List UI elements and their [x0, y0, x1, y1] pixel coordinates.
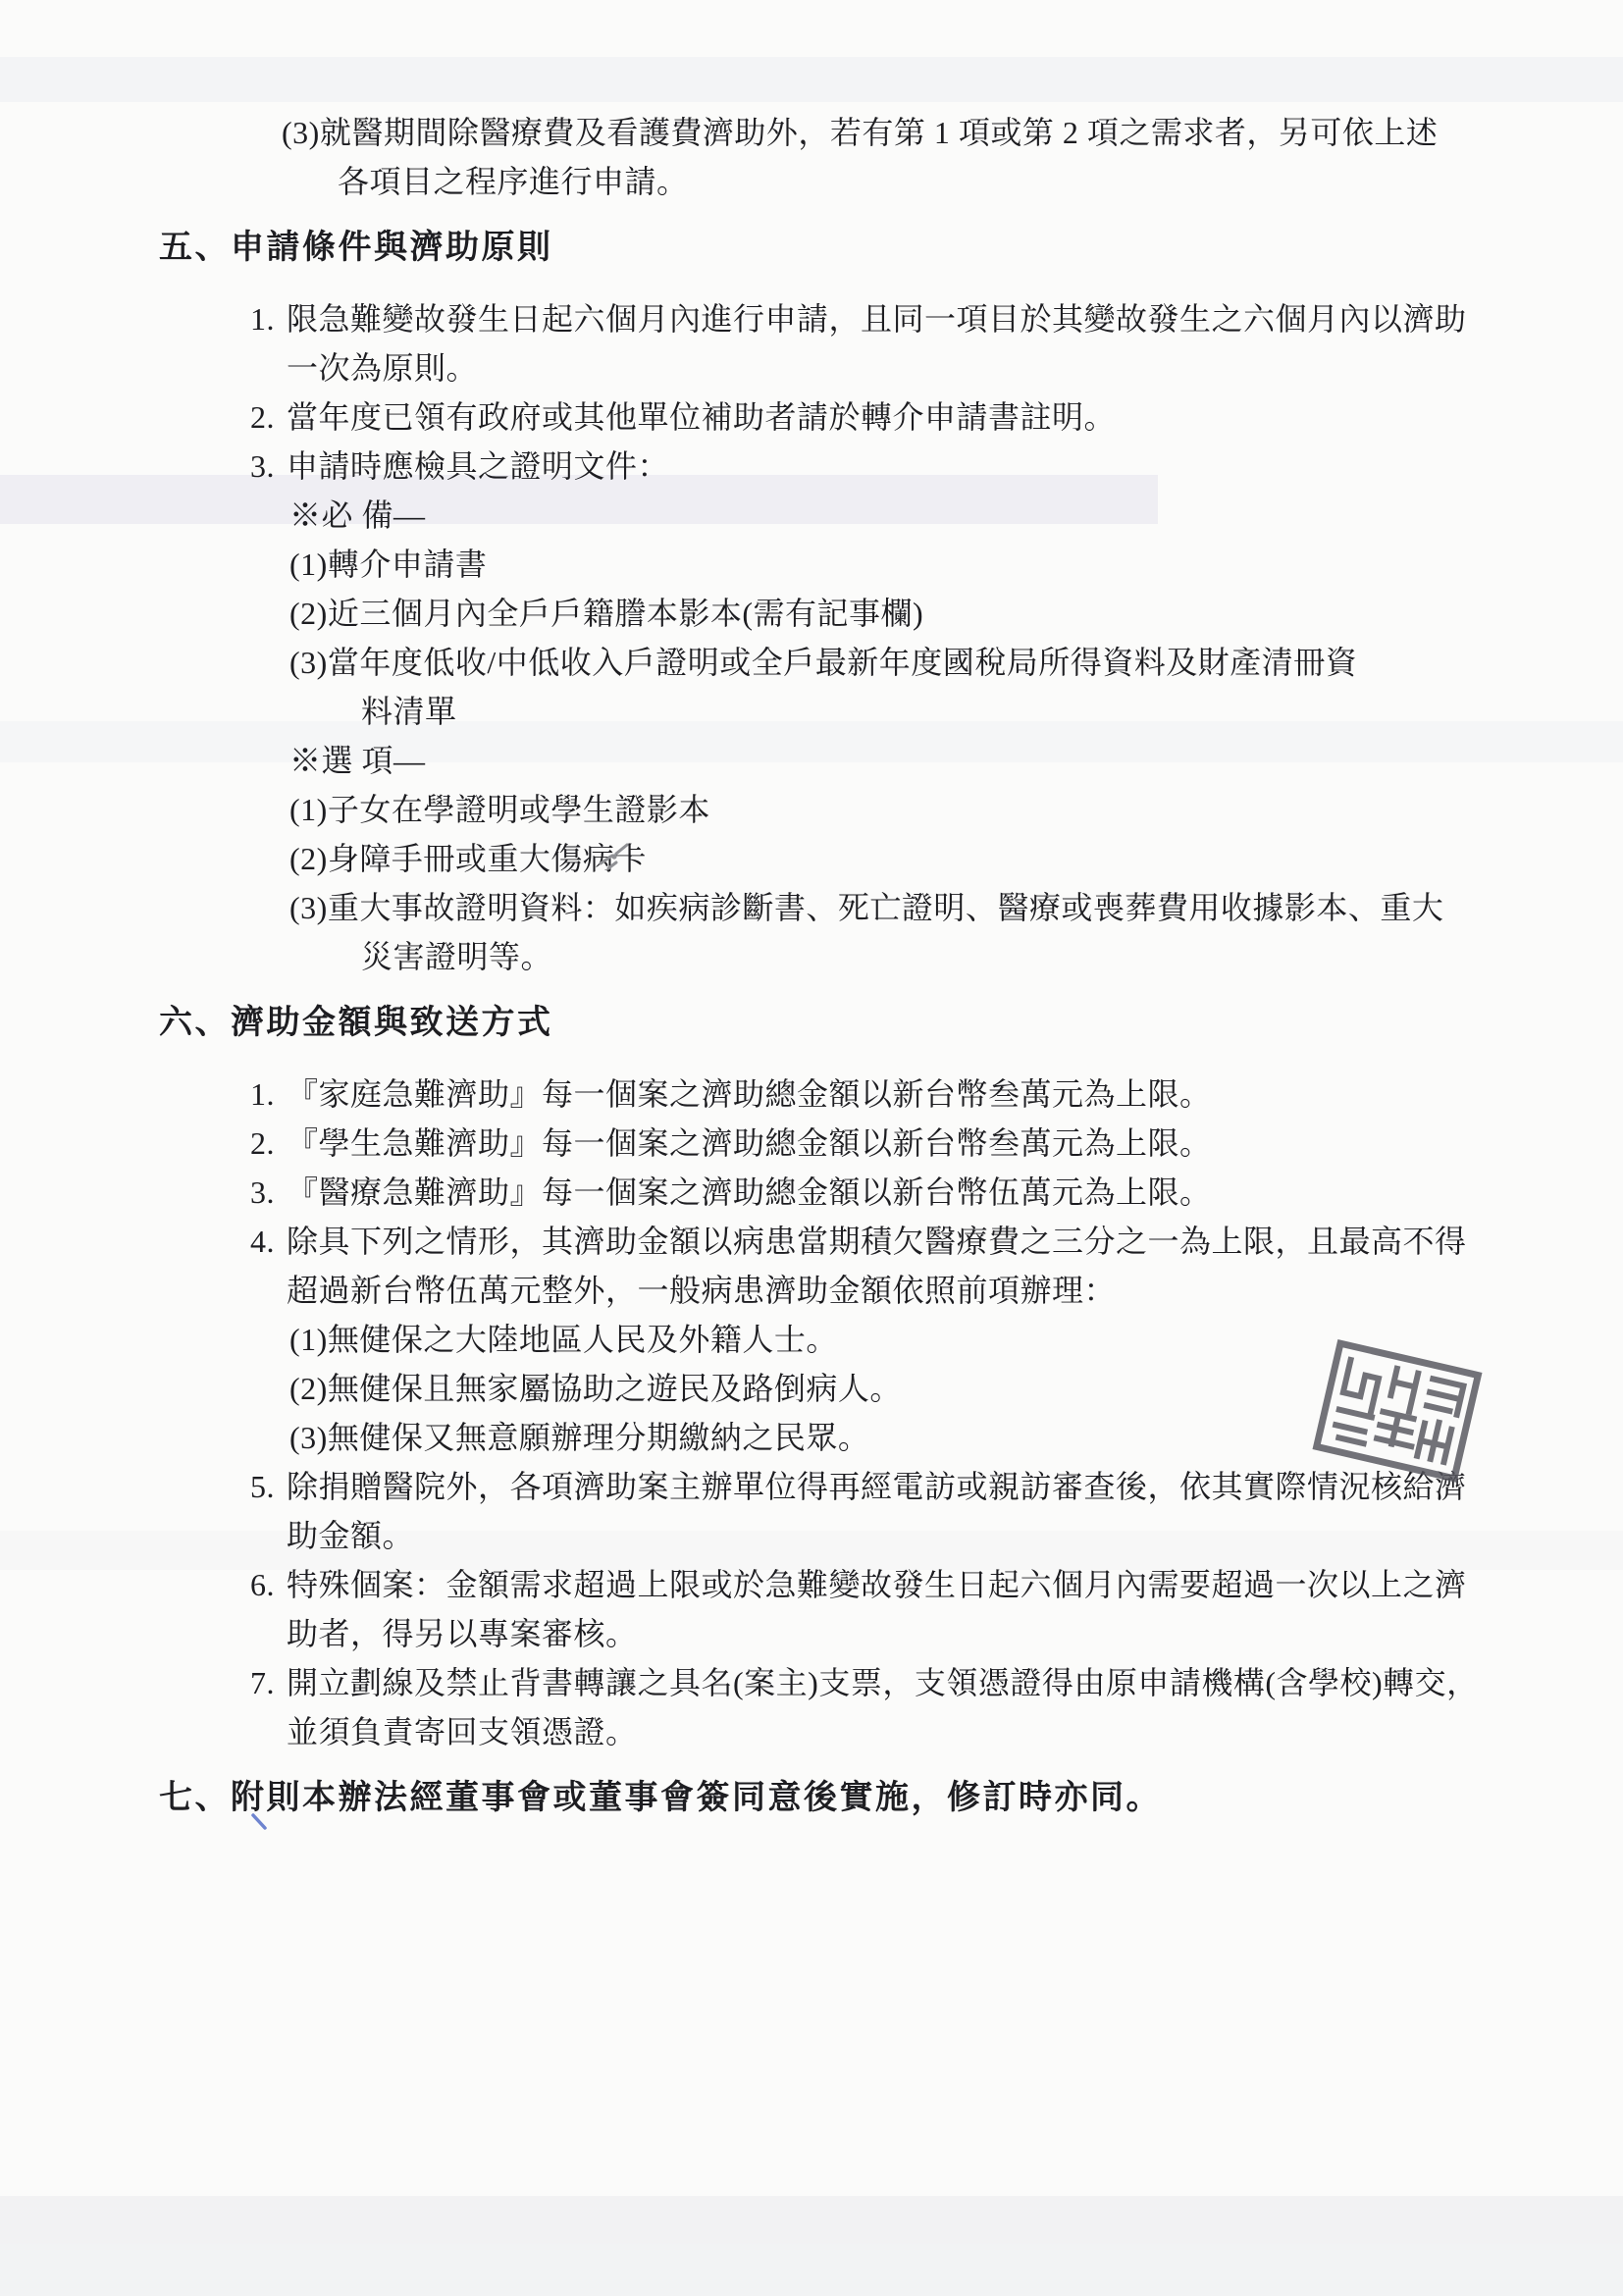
line-text: 『家庭急難濟助』每一個案之濟助總金額以新台幣叁萬元為上限。 — [287, 1076, 1212, 1112]
text-line: (3)無健保又無意願辦理分期繳納之民眾。 — [289, 1413, 1623, 1462]
line-text: 各項目之程序進行申請。 — [338, 164, 689, 199]
line-text: 申請條件與濟助原則 — [231, 230, 553, 266]
line-text: 就醫期間除醫療費及看護費濟助外，若有第 1 項或第 2 項之需求者，另可依上述 — [320, 115, 1439, 150]
text-line: (1)轉介申請書 — [289, 540, 1623, 589]
text-line: 助者，得另以專案審核。 — [287, 1609, 1623, 1658]
line-text: 附則本辦法經董事會或董事會簽同意後實施，修訂時亦同。 — [231, 1780, 1162, 1816]
line-marker: 3. — [250, 1168, 275, 1217]
text-line: 一次為原則。 — [287, 343, 1623, 392]
line-marker: (1) — [289, 540, 328, 589]
line-text: 除具下列之情形，其濟助金額以病患當期積欠醫療費之三分之一為上限，且最高不得 — [287, 1224, 1467, 1259]
text-line: ※選 項— — [289, 736, 1623, 785]
line-text: 助者，得另以專案審核。 — [287, 1616, 638, 1651]
text-line: 並須負責寄回支領憑證。 — [287, 1707, 1623, 1756]
line-text: 申請時應檢具之證明文件： — [287, 448, 669, 484]
text-line: 2.當年度已領有政府或其他單位補助者請於轉介申請書註明。 — [250, 392, 1623, 442]
line-marker: 4. — [250, 1217, 275, 1266]
line-text: 子女在學證明或學生證影本 — [328, 792, 710, 827]
line-text: 特殊個案：金額需求超過上限或於急難變故發生日起六個月內需要超過一次以上之濟 — [287, 1567, 1467, 1602]
line-text: 『醫療急難濟助』每一個案之濟助總金額以新台幣伍萬元為上限。 — [287, 1174, 1212, 1210]
line-text: 濟助金額與致送方式 — [231, 1005, 553, 1041]
line-marker: 2. — [250, 392, 275, 442]
text-line: ※必 備— — [289, 491, 1623, 540]
line-text: 一次為原則。 — [287, 350, 478, 386]
line-text: 限急難變故發生日起六個月內進行申請，且同一項目於其變故發生之六個月內以濟助 — [287, 301, 1467, 337]
line-marker: (2) — [289, 834, 328, 883]
line-marker: (2) — [289, 1364, 328, 1413]
text-line: 4.除具下列之情形，其濟助金額以病患當期積欠醫療費之三分之一為上限，且最高不得 — [250, 1217, 1623, 1266]
line-marker: 6. — [250, 1560, 275, 1609]
text-line: 超過新台幣伍萬元整外，一般病患濟助金額依照前項辦理： — [287, 1266, 1623, 1315]
line-text: 超過新台幣伍萬元整外，一般病患濟助金額依照前項辦理： — [287, 1273, 1116, 1308]
line-marker: 7. — [250, 1658, 275, 1707]
line-text: 近三個月內全戶戶籍謄本影本(需有記事欄) — [328, 596, 923, 631]
line-marker: (3) — [289, 1413, 328, 1462]
text-line: (2)近三個月內全戶戶籍謄本影本(需有記事欄) — [289, 589, 1623, 638]
text-line: (2)無健保且無家屬協助之遊民及路倒病人。 — [289, 1364, 1623, 1413]
line-marker: (2) — [289, 589, 328, 638]
text-line: 助金額。 — [287, 1511, 1623, 1560]
document-page: (3)就醫期間除醫療費及看護費濟助外，若有第 1 項或第 2 項之需求者，另可依… — [0, 0, 1623, 2296]
line-marker: 五、 — [159, 224, 231, 273]
text-line: 6.特殊個案：金額需求超過上限或於急難變故發生日起六個月內需要超過一次以上之濟 — [250, 1560, 1623, 1609]
line-marker: 5. — [250, 1462, 275, 1511]
line-text: ※必 備— — [289, 497, 426, 533]
line-marker: 六、 — [159, 999, 231, 1048]
line-text: 助金額。 — [287, 1518, 414, 1553]
line-text: 重大事故證明資料：如疾病診斷書、死亡證明、醫療或喪葬費用收據影本、重大 — [328, 890, 1444, 925]
section-heading: 七、附則本辦法經董事會或董事會簽同意後實施，修訂時亦同。 — [159, 1774, 1623, 1823]
line-marker: (1) — [289, 785, 328, 834]
line-text: 無健保又無意願辦理分期繳納之民眾。 — [328, 1420, 870, 1455]
text-line: 各項目之程序進行申請。 — [338, 157, 1623, 206]
line-text: 無健保且無家屬協助之遊民及路倒病人。 — [328, 1371, 902, 1406]
line-marker: 1. — [250, 1070, 275, 1119]
text-line: (3)當年度低收/中低收入戶證明或全戶最新年度國稅局所得資料及財產清冊資 — [289, 638, 1623, 687]
text-line: 7.開立劃線及禁止背書轉讓之具名(案主)支票，支領憑證得由原申請機構(含學校)轉… — [250, 1658, 1623, 1707]
text-line: (1)子女在學證明或學生證影本 — [289, 785, 1623, 834]
scan-artifact-band — [0, 2196, 1623, 2296]
line-text: ※選 項— — [289, 743, 426, 778]
text-line: 2.『學生急難濟助』每一個案之濟助總金額以新台幣叁萬元為上限。 — [250, 1119, 1623, 1168]
line-text: 轉介申請書 — [328, 547, 488, 582]
line-text: 當年度低收/中低收入戶證明或全戶最新年度國稅局所得資料及財產清冊資 — [328, 645, 1357, 680]
text-line: 1.限急難變故發生日起六個月內進行申請，且同一項目於其變故發生之六個月內以濟助 — [250, 294, 1623, 343]
line-marker: 七、 — [159, 1774, 231, 1823]
line-marker: (3) — [289, 638, 328, 687]
scan-artifact-band — [0, 57, 1623, 102]
line-text: 災害證明等。 — [361, 939, 552, 974]
line-text: 除捐贈醫院外，各項濟助案主辦單位得再經電訪或親訪審查後，依其實際情況核給濟 — [287, 1469, 1467, 1504]
text-line: 5.除捐贈醫院外，各項濟助案主辦單位得再經電訪或親訪審查後，依其實際情況核給濟 — [250, 1462, 1623, 1511]
section-heading: 五、申請條件與濟助原則 — [159, 224, 1623, 273]
text-line: 1.『家庭急難濟助』每一個案之濟助總金額以新台幣叁萬元為上限。 — [250, 1070, 1623, 1119]
line-marker: (3) — [289, 883, 328, 932]
line-marker: (3) — [282, 108, 320, 157]
text-line: (1)無健保之大陸地區人民及外籍人士。 — [289, 1315, 1623, 1364]
line-text: 並須負責寄回支領憑證。 — [287, 1714, 638, 1749]
line-marker: 3. — [250, 442, 275, 491]
text-line: (2)身障手冊或重大傷病卡 — [289, 834, 1623, 883]
text-line: (3)重大事故證明資料：如疾病診斷書、死亡證明、醫療或喪葬費用收據影本、重大 — [289, 883, 1623, 932]
line-text: 當年度已領有政府或其他單位補助者請於轉介申請書註明。 — [287, 399, 1116, 435]
line-marker: (1) — [289, 1315, 328, 1364]
text-line: (3)就醫期間除醫療費及看護費濟助外，若有第 1 項或第 2 項之需求者，另可依… — [282, 108, 1623, 157]
line-text: 開立劃線及禁止背書轉讓之具名(案主)支票，支領憑證得由原申請機構(含學校)轉交， — [287, 1665, 1479, 1700]
line-marker: 2. — [250, 1119, 275, 1168]
line-text: 無健保之大陸地區人民及外籍人士。 — [328, 1322, 838, 1357]
line-text: 料清單 — [361, 694, 457, 729]
document-body: (3)就醫期間除醫療費及看護費濟助外，若有第 1 項或第 2 項之需求者，另可依… — [0, 108, 1623, 1845]
line-text: 身障手冊或重大傷病卡 — [328, 841, 647, 876]
text-line: 災害證明等。 — [361, 932, 1623, 981]
text-line: 3.申請時應檢具之證明文件： — [250, 442, 1623, 491]
text-line: 料清單 — [361, 687, 1623, 736]
text-line: 3.『醫療急難濟助』每一個案之濟助總金額以新台幣伍萬元為上限。 — [250, 1168, 1623, 1217]
line-text: 『學生急難濟助』每一個案之濟助總金額以新台幣叁萬元為上限。 — [287, 1125, 1212, 1161]
line-marker: 1. — [250, 294, 275, 343]
section-heading: 六、濟助金額與致送方式 — [159, 999, 1623, 1048]
